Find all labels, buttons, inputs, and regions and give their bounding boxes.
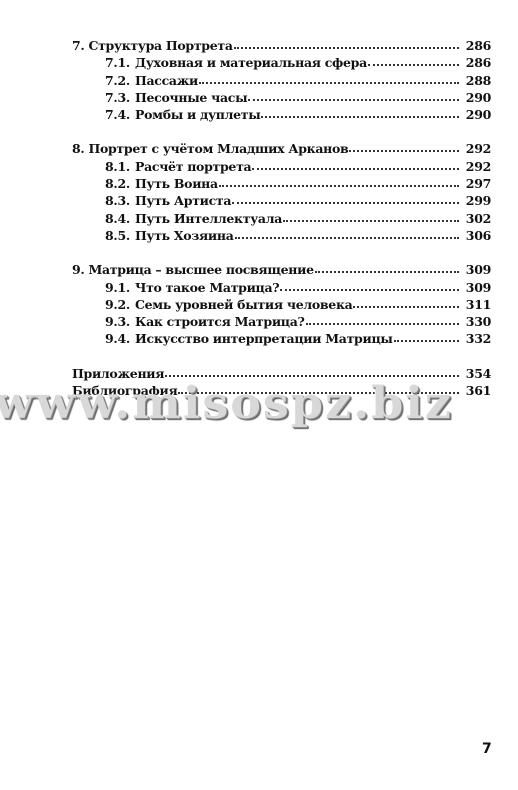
entry-title: Структура Портрета <box>88 38 232 53</box>
entry-title: Приложения <box>72 366 164 381</box>
entry-page: 354 <box>465 366 491 381</box>
entry-number: 8. <box>72 141 84 156</box>
dot-leader <box>219 175 459 187</box>
entry-title: Песочные часы <box>135 90 247 105</box>
entry-title: Искусство интерпретации Матрицы <box>135 331 393 346</box>
dot-leader <box>234 37 459 49</box>
dot-leader <box>232 192 459 204</box>
entry-title: Семь уровней бытия человека <box>135 297 352 312</box>
dot-leader <box>368 54 459 66</box>
toc-subentry[interactable]: 8.3. Путь Артиста 299 <box>72 193 491 210</box>
dot-leader <box>280 279 459 291</box>
dot-leader <box>283 210 459 222</box>
toc-subentry[interactable]: 8.1. Расчёт портрета 292 <box>72 159 491 176</box>
table-of-contents: 7. Структура Портрета 286 7.1. Духовная … <box>72 38 491 417</box>
dot-leader <box>394 330 459 342</box>
toc-entry[interactable]: 7. Структура Портрета 286 <box>72 38 491 55</box>
dot-leader <box>178 382 459 394</box>
toc-section-9: 9. Матрица – высшее посвящение 309 9.1. … <box>72 262 491 348</box>
entry-page: 309 <box>465 262 491 277</box>
dot-leader <box>199 72 459 84</box>
entry-title: Путь Артиста <box>135 193 231 208</box>
entry-number: 8.4. <box>105 211 135 226</box>
toc-subentry[interactable]: 8.2. Путь Воина 297 <box>72 176 491 193</box>
entry-title: Пассажи <box>135 73 198 88</box>
toc-subentry[interactable]: 9.1. Что такое Матрица? 309 <box>72 280 491 297</box>
entry-page: 309 <box>465 280 491 295</box>
dot-leader <box>349 140 459 152</box>
toc-subentry[interactable]: 9.4. Искусство интерпретации Матрицы 332 <box>72 331 491 348</box>
entry-title: Путь Воина <box>135 176 218 191</box>
entry-number: 8.1. <box>105 159 135 174</box>
entry-number: 7.4. <box>105 107 135 122</box>
dot-leader <box>353 296 459 308</box>
page-number: 7 <box>482 741 492 757</box>
entry-page: 292 <box>465 141 491 156</box>
entry-number: 7.2. <box>105 73 135 88</box>
entry-number: 9.1. <box>105 280 135 295</box>
dot-leader <box>248 89 459 101</box>
entry-title: Портрет с учётом Младших Арканов <box>88 141 348 156</box>
entry-number: 7.1. <box>105 55 135 70</box>
entry-title: Путь Хозяина <box>135 228 234 243</box>
entry-page: 311 <box>465 297 491 312</box>
entry-page: 286 <box>465 55 491 70</box>
toc-subentry[interactable]: 7.3. Песочные часы 290 <box>72 90 491 107</box>
entry-title: Ромбы и дуплеты <box>135 107 260 122</box>
entry-number: 9.2. <box>105 297 135 312</box>
entry-number: 7. <box>72 38 84 53</box>
entry-page: 290 <box>465 107 491 122</box>
entry-page: 292 <box>465 159 491 174</box>
toc-section-7: 7. Структура Портрета 286 7.1. Духовная … <box>72 38 491 124</box>
entry-number: 8.2. <box>105 176 135 191</box>
toc-subentry[interactable]: 9.3. Как строится Матрица? 330 <box>72 314 491 331</box>
entry-title: Библиография <box>72 383 177 398</box>
toc-subentry[interactable]: 7.1. Духовная и материальная сфера 286 <box>72 55 491 72</box>
entry-number: 9. <box>72 262 84 277</box>
entry-number: 8.5. <box>105 228 135 243</box>
entry-page: 290 <box>465 90 491 105</box>
entry-number: 8.3. <box>105 193 135 208</box>
entry-page: 306 <box>465 228 491 243</box>
entry-page: 299 <box>465 193 491 208</box>
dot-leader <box>252 158 459 170</box>
entry-page: 332 <box>465 331 491 346</box>
entry-number: 9.4. <box>105 331 135 346</box>
toc-appendix: Приложения 354 Библиография 361 <box>72 366 491 401</box>
entry-title: Духовная и материальная сфера <box>135 55 367 70</box>
entry-number: 9.3. <box>105 314 135 329</box>
entry-title: Матрица – высшее посвящение <box>88 262 313 277</box>
entry-title: Путь Интеллектуала <box>135 211 282 226</box>
entry-page: 297 <box>465 176 491 191</box>
toc-entry[interactable]: 8. Портрет с учётом Младших Арканов 292 <box>72 141 491 158</box>
entry-title: Что такое Матрица? <box>135 280 279 295</box>
toc-entry[interactable]: 9. Матрица – высшее посвящение 309 <box>72 262 491 279</box>
dot-leader <box>261 106 459 118</box>
toc-subentry[interactable]: 9.2. Семь уровней бытия человека 311 <box>72 297 491 314</box>
toc-entry-bibliography[interactable]: Библиография 361 <box>72 383 491 400</box>
toc-subentry[interactable]: 7.2. Пассажи 288 <box>72 73 491 90</box>
entry-page: 361 <box>465 383 491 398</box>
toc-section-8: 8. Портрет с учётом Младших Арканов 292 … <box>72 141 491 245</box>
toc-entry-appendices[interactable]: Приложения 354 <box>72 366 491 383</box>
entry-number: 7.3. <box>105 90 135 105</box>
toc-subentry[interactable]: 8.4. Путь Интеллектуала 302 <box>72 211 491 228</box>
entry-page: 288 <box>465 73 491 88</box>
dot-leader <box>165 365 459 377</box>
dot-leader <box>235 227 459 239</box>
entry-title: Как строится Матрица? <box>135 314 305 329</box>
entry-page: 286 <box>465 38 491 53</box>
dot-leader <box>315 261 459 273</box>
entry-page: 302 <box>465 211 491 226</box>
entry-title: Расчёт портрета <box>135 159 251 174</box>
dot-leader <box>306 313 459 325</box>
entry-page: 330 <box>465 314 491 329</box>
toc-subentry[interactable]: 8.5. Путь Хозяина 306 <box>72 228 491 245</box>
toc-subentry[interactable]: 7.4. Ромбы и дуплеты 290 <box>72 107 491 124</box>
